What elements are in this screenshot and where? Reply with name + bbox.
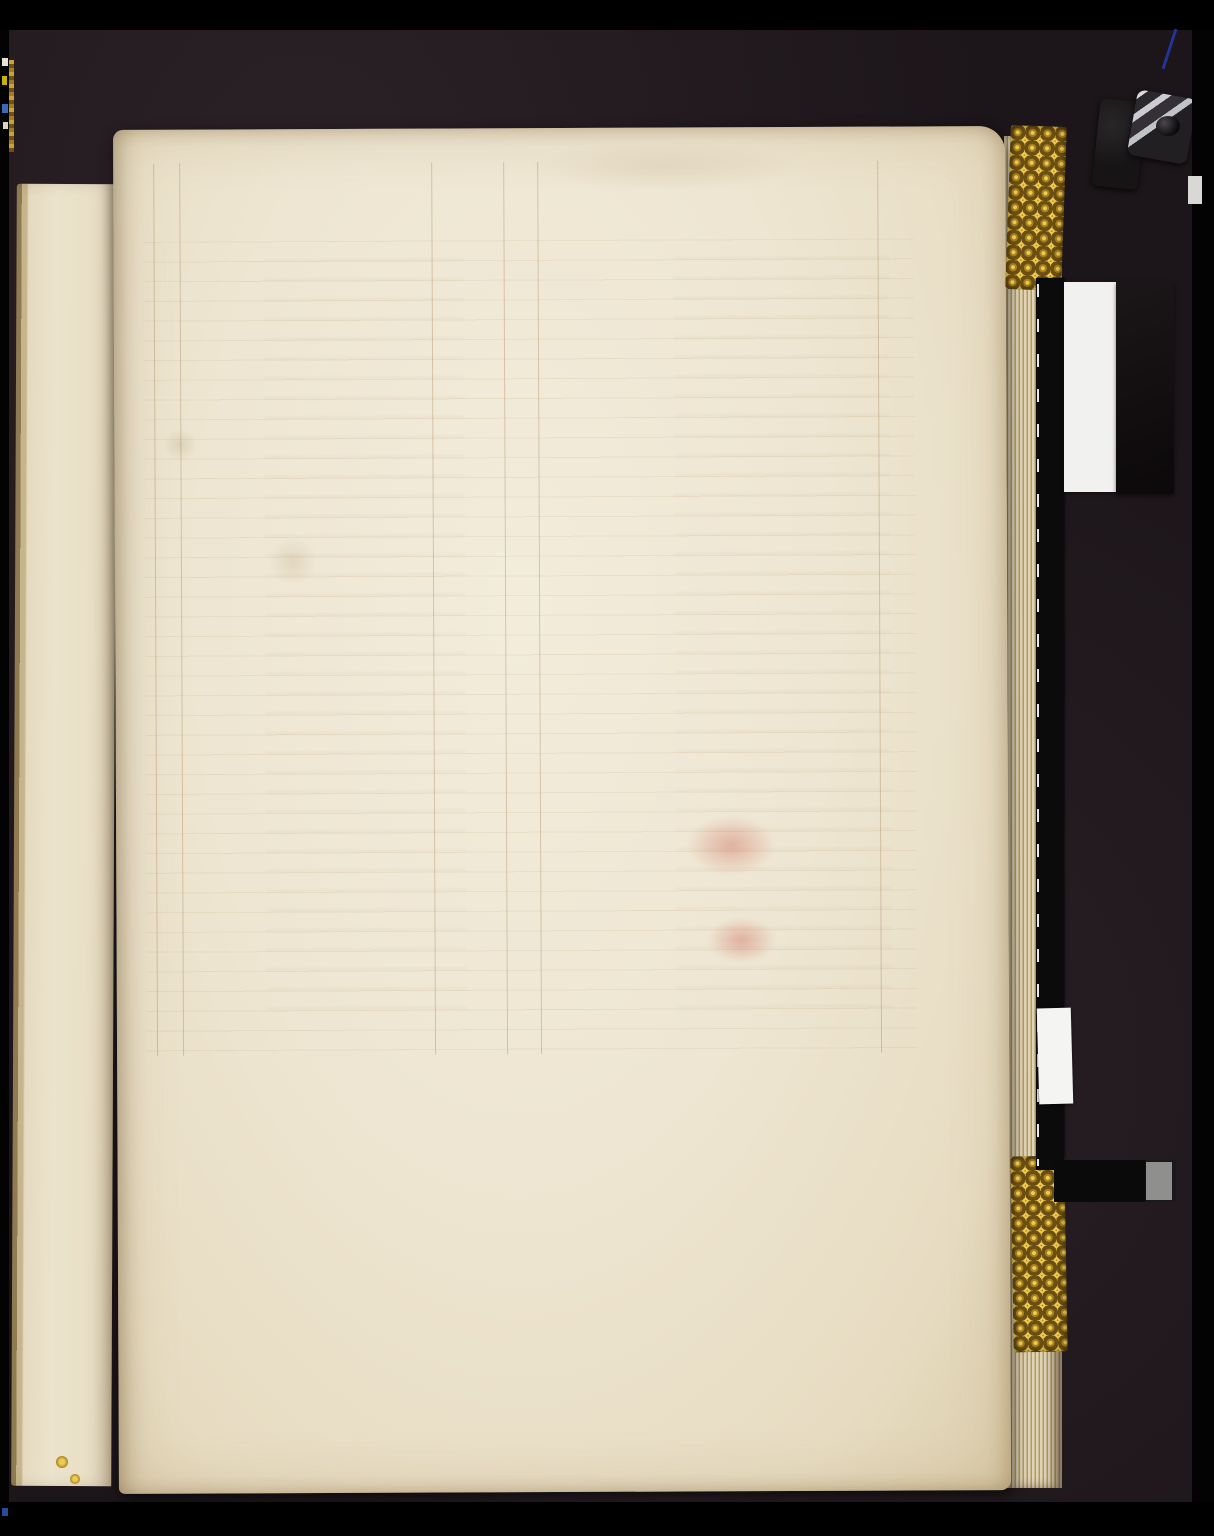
film-speck [2, 1508, 8, 1516]
film-strip-bottom [0, 1502, 1214, 1536]
strip-tape [1054, 1160, 1176, 1202]
film-speck [2, 104, 8, 113]
gilt-fleck [70, 1474, 80, 1484]
color-patch-black-top [1116, 282, 1174, 494]
paper-fragment [1188, 176, 1202, 204]
binder-clip-hole [1156, 116, 1180, 136]
parchment-stain [162, 430, 198, 460]
show-through-rubric [686, 815, 776, 875]
gilt-gauffered-edge-top [1005, 125, 1067, 291]
folio-sticker [1037, 1008, 1074, 1105]
manuscript-page [113, 126, 1011, 1494]
film-speck [2, 76, 7, 85]
film-speck [2, 58, 8, 66]
manuscript-photograph [0, 0, 1214, 1536]
film-edge-right [1192, 0, 1214, 1536]
gilt-fleck [56, 1456, 68, 1468]
film-strip-top [0, 0, 1214, 30]
show-through-rubric [706, 917, 776, 963]
film-speck [3, 122, 8, 129]
parchment-stain [533, 143, 793, 190]
show-through-text [264, 258, 467, 1019]
film-edge-left [0, 0, 9, 1536]
color-calibration-strip [1036, 278, 1176, 1170]
parchment-stain [265, 539, 321, 583]
show-through-text [674, 257, 892, 1018]
shelfmark-label [1064, 282, 1116, 492]
facing-page-edge [11, 184, 117, 1486]
